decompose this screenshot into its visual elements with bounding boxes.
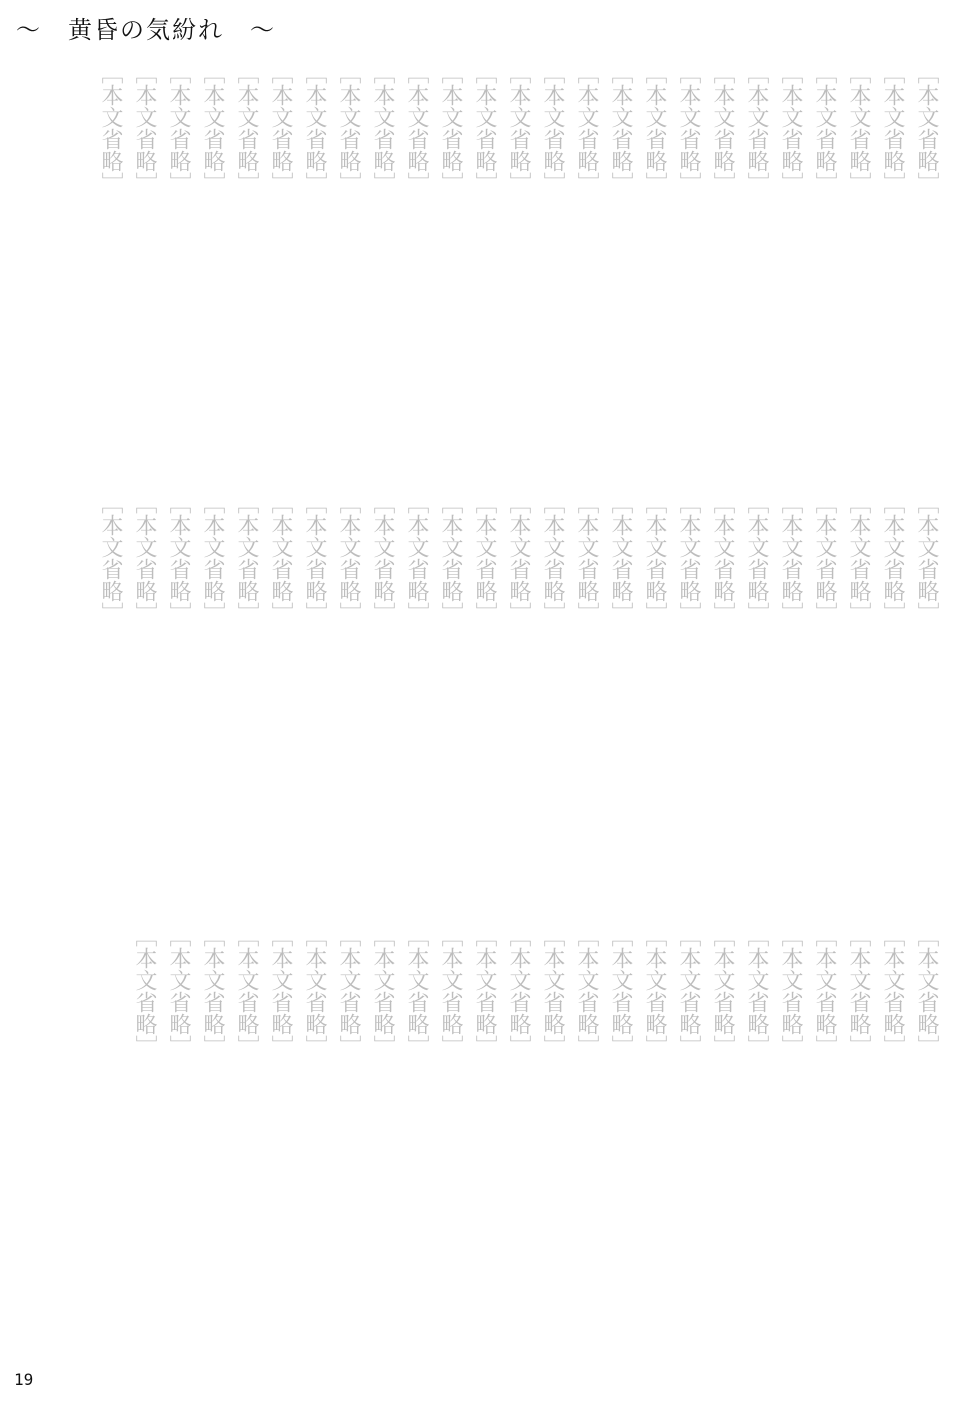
text-column: ［本文省略］ (368, 62, 396, 472)
text-column: ［本文省略］ (810, 925, 838, 1335)
text-column: ［本文省略］ (96, 62, 124, 472)
text-column: ［本文省略］ (130, 925, 158, 1335)
text-column: ［本文省略］ (742, 925, 770, 1335)
text-column: ［本文省略］ (708, 925, 736, 1335)
text-column: ［本文省略］ (844, 492, 872, 907)
text-column: ［本文省略］ (402, 62, 430, 472)
text-column: ［本文省略］ (96, 492, 124, 907)
text-column: ［本文省略］ (232, 492, 260, 907)
text-column: ［本文省略］ (912, 62, 940, 472)
text-column: ［本文省略］ (266, 492, 294, 907)
text-column: ［本文省略］ (232, 62, 260, 472)
text-column: ［本文省略］ (470, 925, 498, 1335)
text-column: ［本文省略］ (164, 492, 192, 907)
text-column: ［本文省略］ (300, 925, 328, 1335)
text-column: ［本文省略］ (538, 62, 566, 472)
text-column: ［本文省略］ (912, 492, 940, 907)
text-column: ［本文省略］ (606, 925, 634, 1335)
text-column: ［本文省略］ (504, 925, 532, 1335)
text-column: ［本文省略］ (130, 62, 158, 472)
text-column: ［本文省略］ (300, 62, 328, 472)
text-column: ［本文省略］ (776, 62, 804, 472)
text-column: ［本文省略］ (538, 925, 566, 1335)
text-column: ［本文省略］ (130, 492, 158, 907)
text-column: ［本文省略］ (606, 62, 634, 472)
text-column: ［本文省略］ (572, 62, 600, 472)
text-column: ［本文省略］ (300, 492, 328, 907)
text-column: ［本文省略］ (776, 925, 804, 1335)
text-column: ［本文省略］ (402, 925, 430, 1335)
text-column: ［本文省略］ (674, 62, 702, 472)
text-column: ［本文省略］ (844, 62, 872, 472)
text-tier-top: ［本文省略］［本文省略］［本文省略］［本文省略］［本文省略］［本文省略］［本文省… (60, 62, 940, 472)
text-column: ［本文省略］ (674, 925, 702, 1335)
text-column: ［本文省略］ (198, 492, 226, 907)
text-column: ［本文省略］ (368, 925, 396, 1335)
page-title: ～ 黄昏の気紛れ ～ (16, 10, 276, 45)
text-column: ［本文省略］ (708, 62, 736, 472)
text-column: ［本文省略］ (266, 925, 294, 1335)
text-column: ［本文省略］ (878, 62, 906, 472)
text-column: ［本文省略］ (470, 492, 498, 907)
text-tier-bottom: ［本文省略］［本文省略］［本文省略］［本文省略］［本文省略］［本文省略］［本文省… (60, 925, 940, 1335)
text-column: ［本文省略］ (640, 62, 668, 472)
text-column: ［本文省略］ (334, 62, 362, 472)
text-column: ［本文省略］ (844, 925, 872, 1335)
text-column: ［本文省略］ (776, 492, 804, 907)
text-column: ［本文省略］ (674, 492, 702, 907)
text-column: ［本文省略］ (368, 492, 396, 907)
text-column: ［本文省略］ (232, 925, 260, 1335)
text-column: ［本文省略］ (334, 925, 362, 1335)
text-column: ［本文省略］ (504, 492, 532, 907)
text-column: ［本文省略］ (572, 492, 600, 907)
text-column: ［本文省略］ (572, 925, 600, 1335)
text-column: ［本文省略］ (266, 62, 294, 472)
text-column: ［本文省略］ (606, 492, 634, 907)
text-column: ［本文省略］ (198, 925, 226, 1335)
text-column: ［本文省略］ (164, 925, 192, 1335)
text-column: ［本文省略］ (504, 62, 532, 472)
text-column: ［本文省略］ (334, 492, 362, 907)
text-column: ［本文省略］ (708, 492, 736, 907)
text-tier-middle: ［本文省略］［本文省略］［本文省略］［本文省略］［本文省略］［本文省略］［本文省… (60, 492, 940, 907)
text-column: ［本文省略］ (742, 62, 770, 472)
text-column: ［本文省略］ (878, 492, 906, 907)
text-column: ［本文省略］ (878, 925, 906, 1335)
text-column: ［本文省略］ (538, 492, 566, 907)
text-column: ［本文省略］ (436, 925, 464, 1335)
text-column: ［本文省略］ (912, 925, 940, 1335)
text-column: ［本文省略］ (742, 492, 770, 907)
text-column: ［本文省略］ (436, 492, 464, 907)
text-column: ［本文省略］ (810, 62, 838, 472)
text-column: ［本文省略］ (436, 62, 464, 472)
text-column: ［本文省略］ (402, 492, 430, 907)
text-column: ［本文省略］ (470, 62, 498, 472)
page-number: 19 (14, 1370, 33, 1389)
text-column: ［本文省略］ (164, 62, 192, 472)
text-column: ［本文省略］ (640, 492, 668, 907)
text-column: ［本文省略］ (198, 62, 226, 472)
text-column: ［本文省略］ (810, 492, 838, 907)
text-column: ［本文省略］ (640, 925, 668, 1335)
